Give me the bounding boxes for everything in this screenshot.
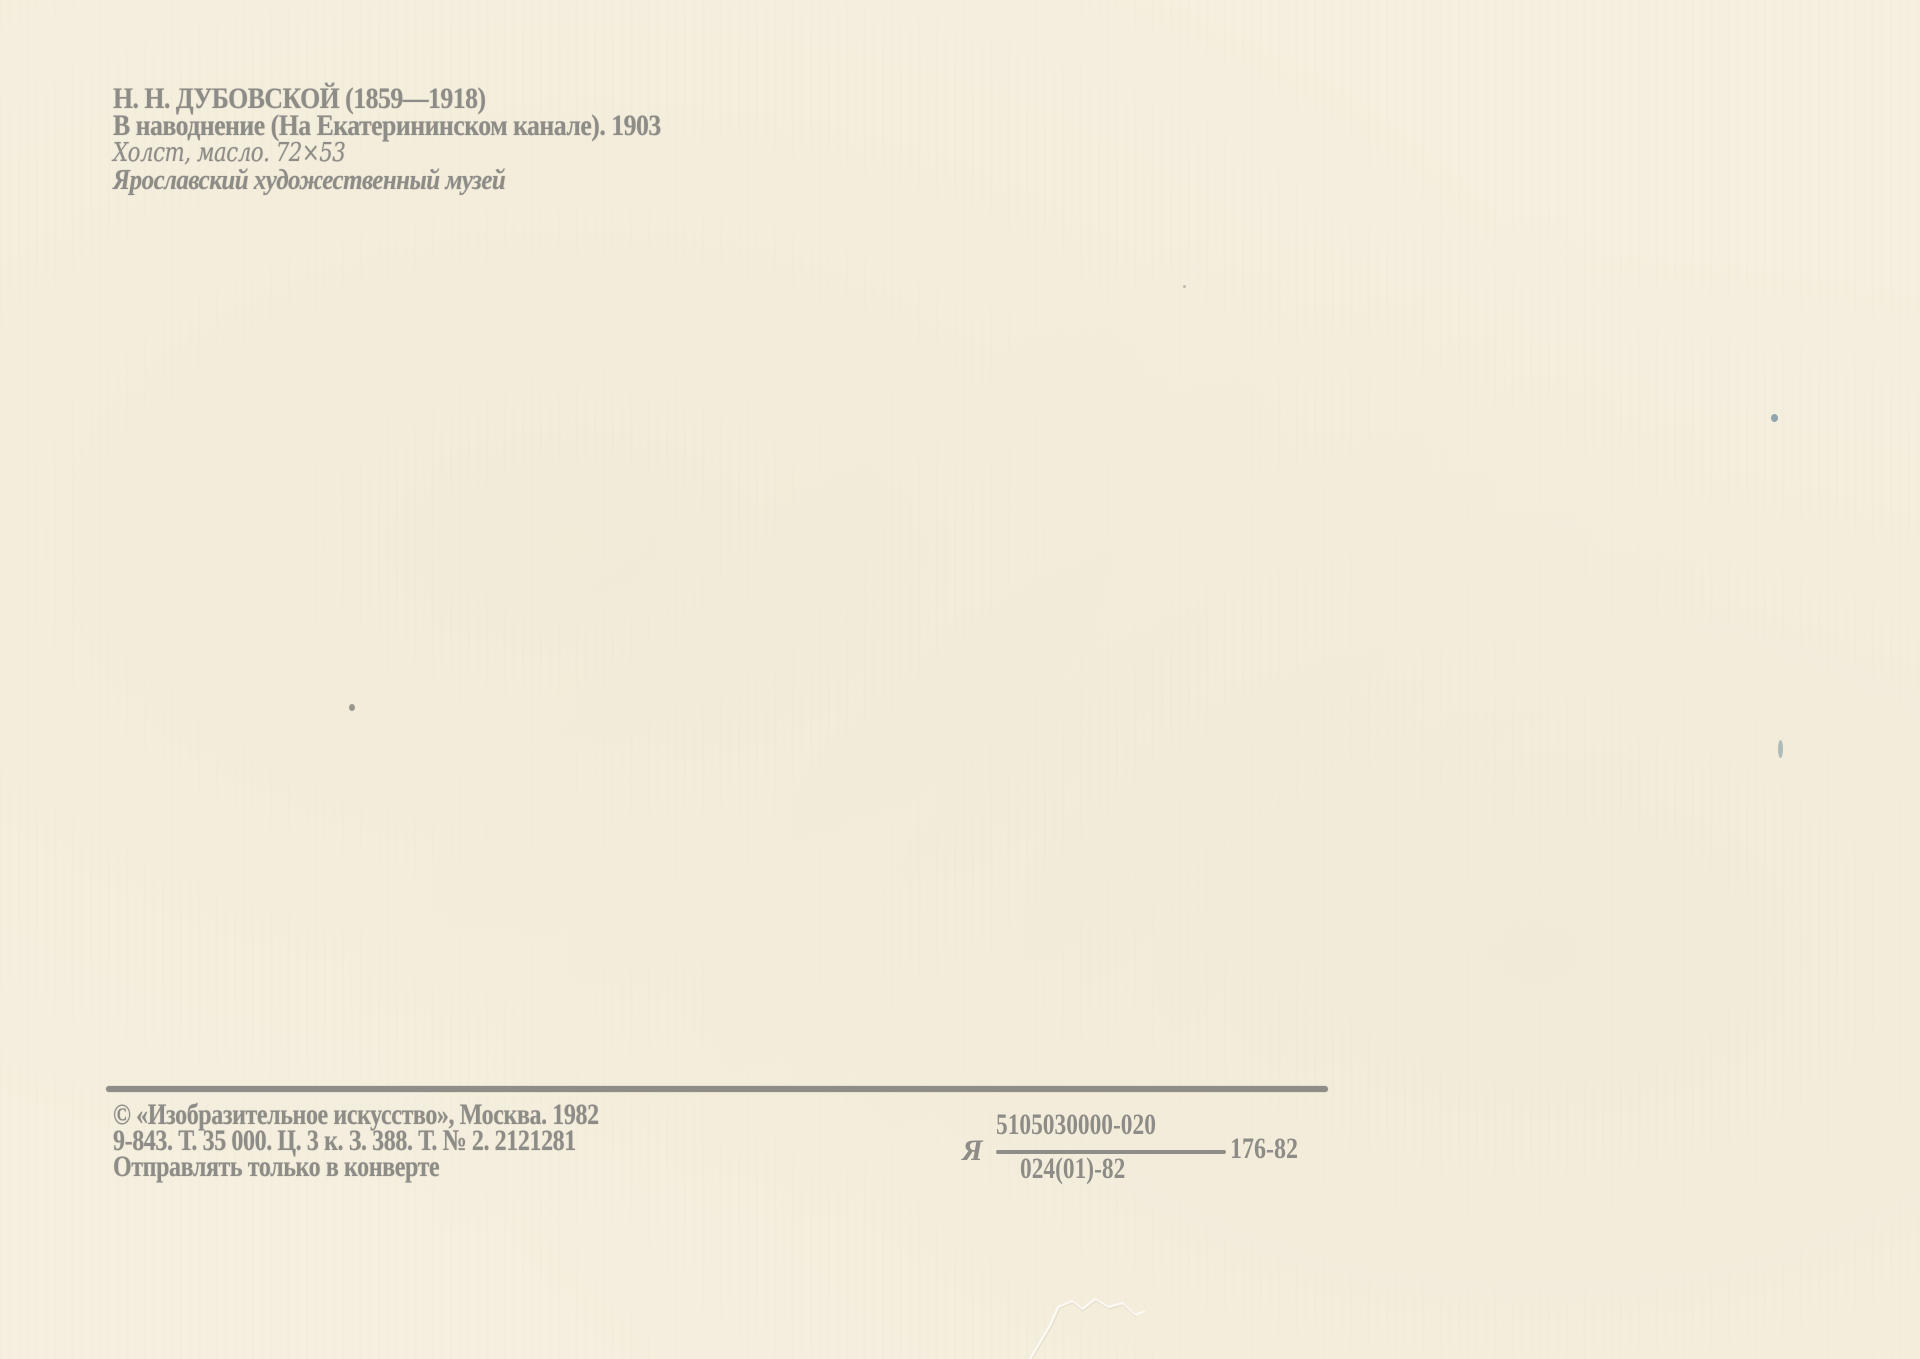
index-denominator: 024(01)-82 — [1020, 1154, 1125, 1184]
index-suffix: 176-82 — [1230, 1134, 1298, 1164]
paper-speck — [349, 704, 355, 711]
artwork-collection: Ярославский художественный музей — [113, 165, 505, 195]
paper-speck — [1183, 285, 1186, 288]
index-numerator: 5105030000-020 — [996, 1110, 1156, 1140]
paper-speck — [1771, 414, 1778, 422]
paper-crease — [1010, 1295, 1280, 1359]
mailing-note: Отправлять только в конверте — [113, 1152, 439, 1182]
paper-speck — [1778, 740, 1783, 758]
artwork-title: В наводнение (На Екатерининском канале).… — [113, 111, 661, 141]
index-prefix: Я — [962, 1136, 983, 1166]
imprint-divider — [106, 1086, 1328, 1092]
